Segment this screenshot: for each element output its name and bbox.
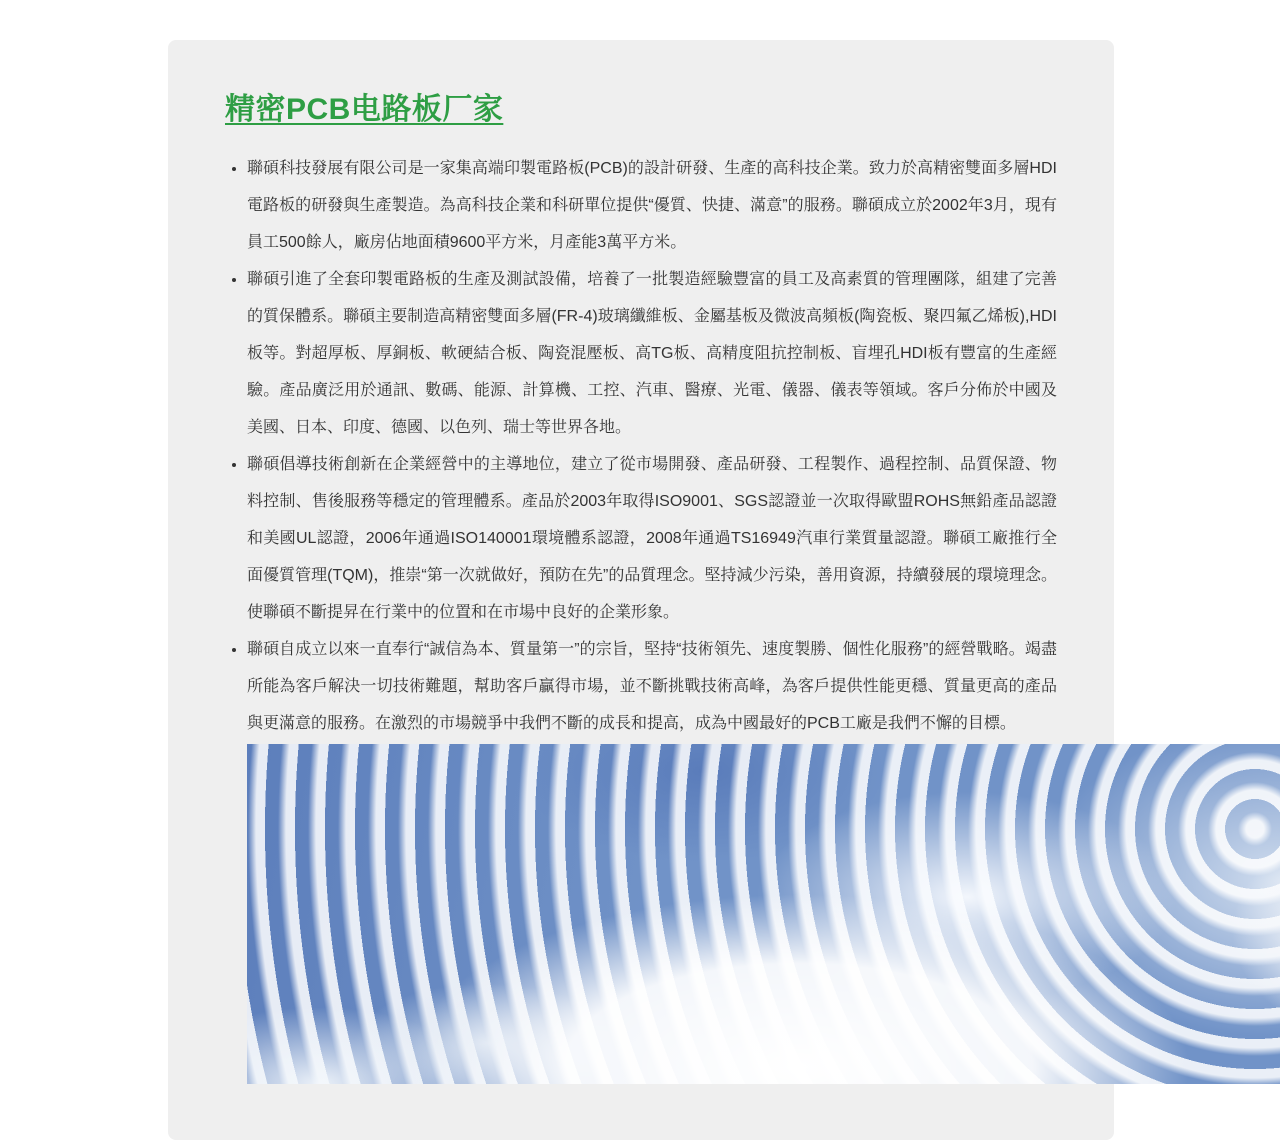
- list-item: 聯碩倡導技術創新在企業經營中的主導地位，建立了從市場開發、產品研發、工程製作、過…: [247, 446, 1057, 631]
- list-item: 聯碩自成立以來一直奉行“誠信為本、質量第一”的宗旨，堅持“技術領先、速度製勝、個…: [247, 631, 1057, 742]
- blue-sky-clouds-photo: [247, 744, 1280, 800]
- page-title: 精密PCB电路板厂家: [225, 92, 1057, 128]
- list-item: 聯碩引進了全套印製電路板的生產及測試設備，培養了一批製造經驗豐富的員工及高素質的…: [247, 261, 1057, 446]
- page-title-link[interactable]: 精密PCB电路板厂家: [225, 93, 503, 126]
- company-intro-list: 聯碩科技發展有限公司是一家集高端印製電路板(PCB)的設計研發、生產的高科技企業…: [225, 150, 1057, 742]
- list-item: 聯碩科技發展有限公司是一家集高端印製電路板(PCB)的設計研發、生產的高科技企業…: [247, 150, 1057, 261]
- content-card: 精密PCB电路板厂家 聯碩科技發展有限公司是一家集高端印製電路板(PCB)的設計…: [168, 40, 1114, 800]
